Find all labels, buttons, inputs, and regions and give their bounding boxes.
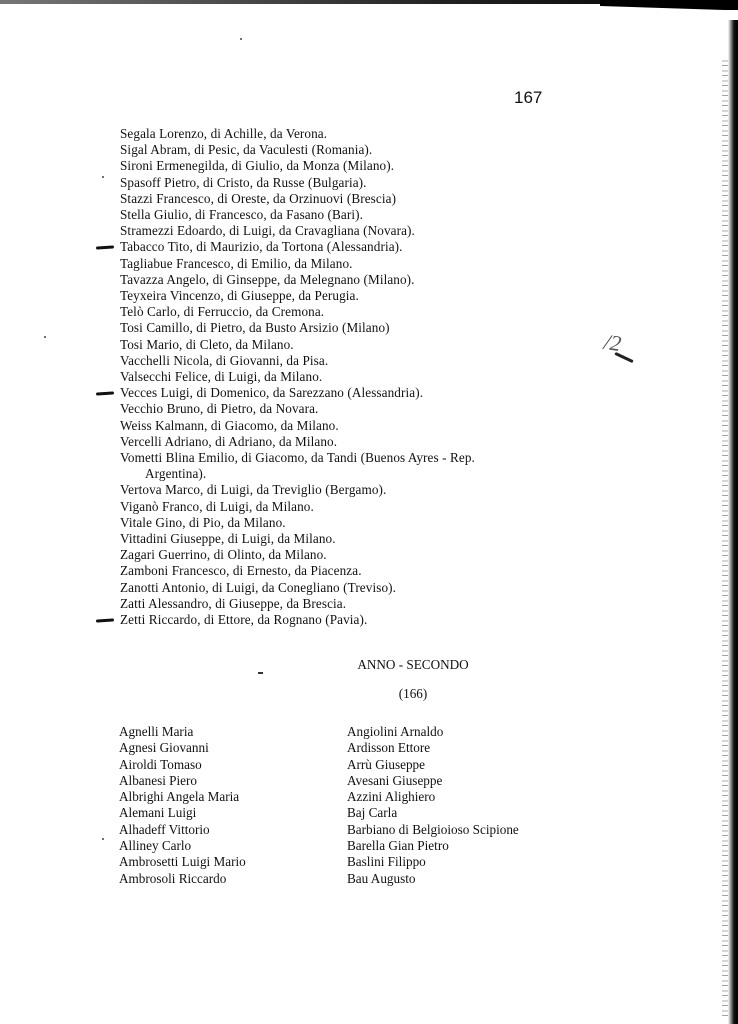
list-item: Telò Carlo, di Ferruccio, da Cremona. (120, 304, 580, 320)
name-item: Barella Gian Pietro (347, 838, 519, 854)
name-item: Alhadeff Vittorio (119, 822, 246, 838)
name-item: Avesani Giuseppe (347, 773, 519, 789)
entry-text: Weiss Kalmann, di Giacomo, da Milano. (120, 418, 339, 433)
entry-text: Zatti Alessandro, di Giuseppe, da Bresci… (120, 596, 346, 611)
entry-text: Stramezzi Edoardo, di Luigi, da Cravagli… (120, 223, 415, 238)
names-column-left: Agnelli MariaAgnesi GiovanniAiroldi Toma… (119, 724, 246, 887)
list-item: Spasoff Pietro, di Cristo, da Russe (Bul… (120, 175, 580, 191)
list-item: Tosi Mario, di Cleto, da Milano. (120, 337, 580, 353)
entry-text: Vercelli Adriano, di Adriano, da Milano. (120, 434, 337, 449)
list-item: Vecces Luigi, di Domenico, da Sarezzano … (120, 385, 580, 401)
name-item: Baj Carla (347, 805, 519, 821)
handwritten-annotation: /2 (602, 329, 623, 357)
list-item: Sironi Ermenegilda, di Giulio, da Monza … (120, 158, 580, 174)
list-item: Segala Lorenzo, di Achille, da Verona. (120, 126, 580, 142)
name-item: Albanesi Piero (119, 773, 246, 789)
margin-dash-mark-icon (96, 392, 114, 396)
scan-right-edge (728, 20, 738, 1024)
entry-text: Zetti Riccardo, di Ettore, da Rognano (P… (120, 612, 367, 627)
name-item: Arrù Giuseppe (347, 757, 519, 773)
entry-text: Vertova Marco, di Luigi, da Treviglio (B… (120, 482, 386, 497)
entry-text: Vecces Luigi, di Domenico, da Sarezzano … (120, 385, 423, 400)
entry-text: Tavazza Angelo, di Ginseppe, da Melegnan… (120, 272, 415, 287)
list-item: Weiss Kalmann, di Giacomo, da Milano. (120, 418, 580, 434)
page-number: 167 (514, 88, 542, 108)
list-item: Tagliabue Francesco, di Emilio, da Milan… (120, 256, 580, 272)
list-item: Stazzi Francesco, di Oreste, da Orzinuov… (120, 191, 580, 207)
name-item: Airoldi Tomaso (119, 757, 246, 773)
entry-text: Tagliabue Francesco, di Emilio, da Milan… (120, 256, 353, 271)
entry-continuation: Argentina). (120, 466, 580, 482)
speck (240, 38, 242, 40)
list-item: Vitale Gino, di Pio, da Milano. (120, 515, 580, 531)
entry-text: Zagari Guerrino, di Olinto, da Milano. (120, 547, 327, 562)
name-item: Agnelli Maria (119, 724, 246, 740)
list-item: Zatti Alessandro, di Giuseppe, da Bresci… (120, 596, 580, 612)
speck (44, 336, 46, 338)
entry-text: Sigal Abram, di Pesic, da Vaculesti (Rom… (120, 142, 372, 157)
name-item: Ambrosetti Luigi Mario (119, 854, 246, 870)
list-item: Zagari Guerrino, di Olinto, da Milano. (120, 547, 580, 563)
name-item: Azzini Alighiero (347, 789, 519, 805)
list-item: Stella Giulio, di Francesco, da Fasano (… (120, 207, 580, 223)
name-item: Angiolini Arnaldo (347, 724, 519, 740)
entry-text: Stazzi Francesco, di Oreste, da Orzinuov… (120, 191, 396, 206)
entry-text: Telò Carlo, di Ferruccio, da Cremona. (120, 304, 324, 319)
name-item: Albrighi Angela Maria (119, 789, 246, 805)
student-entry-list: Segala Lorenzo, di Achille, da Verona.Si… (120, 126, 580, 628)
list-item: Vercelli Adriano, di Adriano, da Milano. (120, 434, 580, 450)
list-item: Tavazza Angelo, di Ginseppe, da Melegnan… (120, 272, 580, 288)
entry-text: Zamboni Francesco, di Ernesto, da Piacen… (120, 563, 362, 578)
list-item: Vacchelli Nicola, di Giovanni, da Pisa. (120, 353, 580, 369)
list-item: Viganò Franco, di Luigi, da Milano. (120, 499, 580, 515)
list-item: Teyxeira Vincenzo, di Giuseppe, da Perug… (120, 288, 580, 304)
list-item: Zanotti Antonio, di Luigi, da Conegliano… (120, 580, 580, 596)
list-item: Vecchio Bruno, di Pietro, da Novara. (120, 401, 580, 417)
entry-text: Spasoff Pietro, di Cristo, da Russe (Bul… (120, 175, 367, 190)
list-item: Sigal Abram, di Pesic, da Vaculesti (Rom… (120, 142, 580, 158)
list-item: Tosi Camillo, di Pietro, da Busto Arsizi… (120, 320, 580, 336)
name-item: Alemani Luigi (119, 805, 246, 821)
name-item: Agnesi Giovanni (119, 740, 246, 756)
name-item: Ambrosoli Riccardo (119, 871, 246, 887)
entry-text: Vometti Blina Emilio, di Giacomo, da Tan… (120, 450, 475, 465)
name-item: Alliney Carlo (119, 838, 246, 854)
entry-text: Zanotti Antonio, di Luigi, da Conegliano… (120, 580, 396, 595)
list-item: Tabacco Tito, di Maurizio, da Tortona (A… (120, 239, 580, 255)
entry-text: Viganò Franco, di Luigi, da Milano. (120, 499, 314, 514)
entry-text: Sironi Ermenegilda, di Giulio, da Monza … (120, 158, 394, 173)
name-item: Barbiano di Belgioioso Scipione (347, 822, 519, 838)
entry-text: Tosi Mario, di Cleto, da Milano. (120, 337, 294, 352)
names-column-right: Angiolini ArnaldoArdisson EttoreArrù Giu… (347, 724, 519, 887)
scan-corner-shadow (600, 0, 738, 10)
entry-text: Vecchio Bruno, di Pietro, da Novara. (120, 401, 318, 416)
section-count: (166) (44, 686, 738, 702)
list-item: Zamboni Francesco, di Ernesto, da Piacen… (120, 563, 580, 579)
entry-text: Valsecchi Felice, di Luigi, da Milano. (120, 369, 322, 384)
name-item: Ardisson Ettore (347, 740, 519, 756)
list-item: Valsecchi Felice, di Luigi, da Milano. (120, 369, 580, 385)
margin-dash-mark-icon (96, 246, 114, 250)
entry-text: Stella Giulio, di Francesco, da Fasano (… (120, 207, 363, 222)
entry-text: Segala Lorenzo, di Achille, da Verona. (120, 126, 327, 141)
entry-text: Vittadini Giuseppe, di Luigi, da Milano. (120, 531, 336, 546)
name-item: Baslini Filippo (347, 854, 519, 870)
entry-text: Vacchelli Nicola, di Giovanni, da Pisa. (120, 353, 328, 368)
entry-text: Teyxeira Vincenzo, di Giuseppe, da Perug… (120, 288, 359, 303)
entry-text: Tosi Camillo, di Pietro, da Busto Arsizi… (120, 320, 390, 335)
list-item: Stramezzi Edoardo, di Luigi, da Cravagli… (120, 223, 580, 239)
list-item: Vittadini Giuseppe, di Luigi, da Milano. (120, 531, 580, 547)
margin-dash-mark-icon (96, 618, 114, 622)
name-item: Bau Augusto (347, 871, 519, 887)
list-item: Vertova Marco, di Luigi, da Treviglio (B… (120, 482, 580, 498)
speck (102, 176, 104, 178)
section-heading: ANNO - SECONDO (44, 657, 738, 673)
list-item: Zetti Riccardo, di Ettore, da Rognano (P… (120, 612, 580, 628)
entry-text: Vitale Gino, di Pio, da Milano. (120, 515, 286, 530)
list-item: Vometti Blina Emilio, di Giacomo, da Tan… (120, 450, 580, 482)
handwritten-stroke (614, 352, 633, 363)
speck (102, 838, 104, 840)
entry-text: Tabacco Tito, di Maurizio, da Tortona (A… (120, 239, 403, 254)
